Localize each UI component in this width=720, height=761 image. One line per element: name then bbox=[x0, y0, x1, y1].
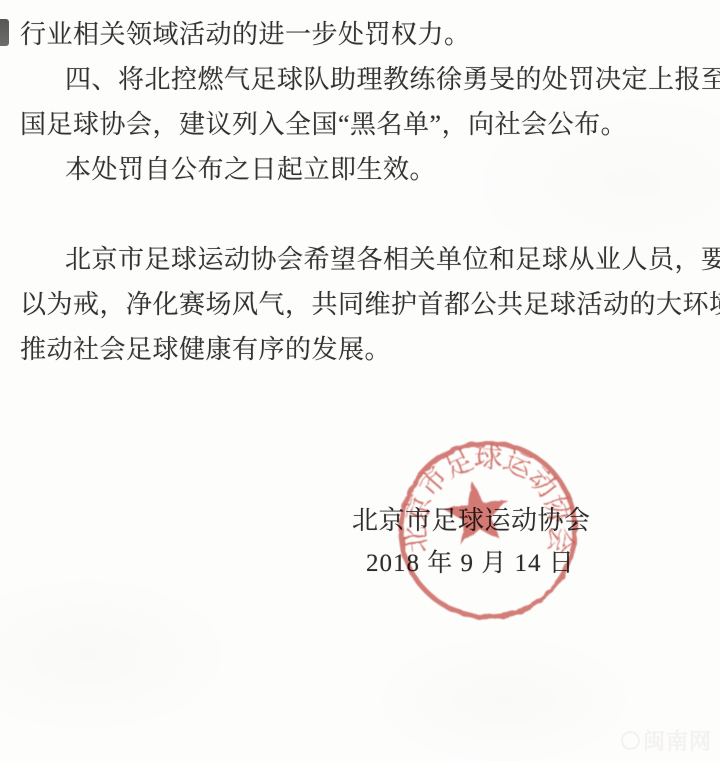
document-body: 行业相关领域活动的进一步处罚权力。 四、将北控燃气足球队助理教练徐勇旻的处罚决定… bbox=[20, 12, 712, 372]
text-line: 以为戒，净化赛场风气，共同维护首都公共足球活动的大环境， bbox=[20, 282, 712, 327]
text-line: 国足球协会，建议列入全国“黑名单”，向社会公布。 bbox=[20, 102, 712, 147]
text-line: 推动社会足球健康有序的发展。 bbox=[20, 327, 712, 372]
watermark-logo-icon bbox=[621, 731, 640, 750]
text-line: 行业相关领域活动的进一步处罚权力。 bbox=[20, 12, 712, 57]
document-page: 行业相关领域活动的进一步处罚权力。 四、将北控燃气足球队助理教练徐勇旻的处罚决定… bbox=[0, 0, 720, 761]
seal-ring-text: 北京市足球运动协会 bbox=[400, 442, 577, 556]
star-icon bbox=[440, 477, 513, 547]
watermark-text: 闽南网 bbox=[643, 725, 712, 756]
watermark: 闽南网 bbox=[621, 725, 712, 756]
text-line: 北京市足球运动协会希望各相关单位和足球从业人员，要引 bbox=[20, 237, 712, 282]
svg-text:北京市足球运动协会: 北京市足球运动协会 bbox=[400, 442, 577, 556]
scan-edge-artifact bbox=[0, 19, 9, 46]
seal-graphic: 北京市足球运动协会 bbox=[395, 437, 581, 623]
text-line: 本处罚自公布之日起立即生效。 bbox=[20, 147, 712, 192]
text-line: 四、将北控燃气足球队助理教练徐勇旻的处罚决定上报至中 bbox=[20, 57, 712, 102]
blank-line bbox=[20, 192, 712, 237]
official-seal: 北京市足球运动协会 bbox=[395, 437, 581, 623]
